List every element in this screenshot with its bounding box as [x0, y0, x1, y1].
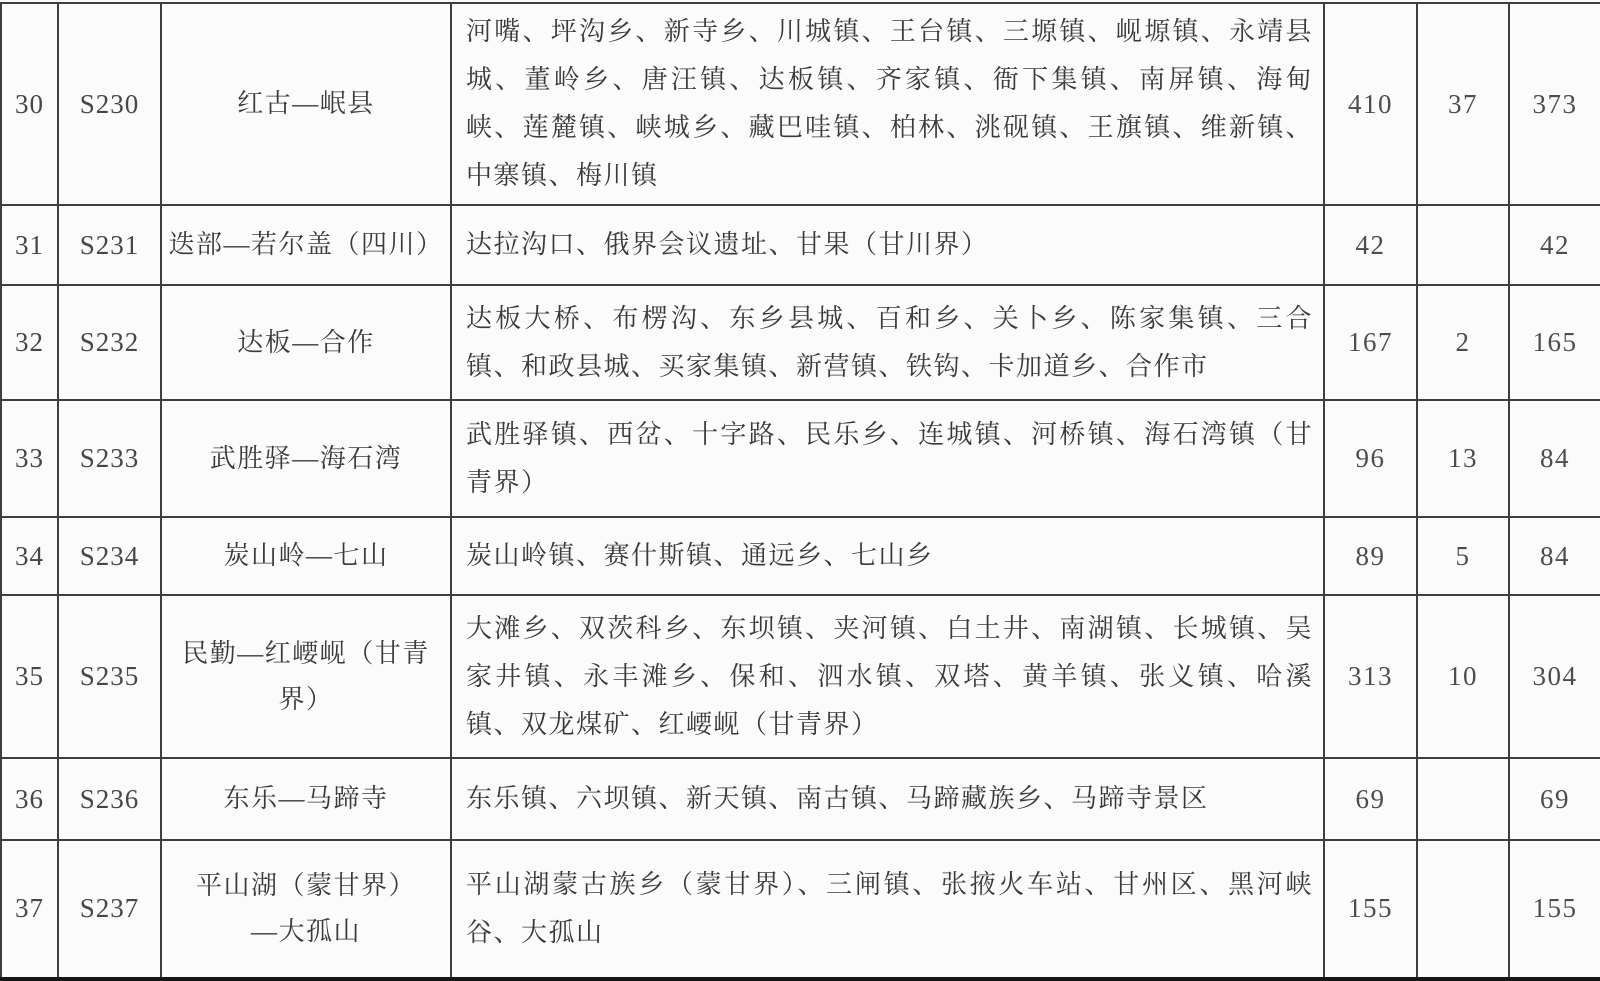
route-places-cell: 大滩乡、双茨科乡、东坝镇、夹河镇、白土井、南湖镇、长城镇、吴家井镇、永丰滩乡、保… [451, 595, 1324, 758]
road-code-cell: S237 [58, 840, 161, 980]
table-row: 37 S237 平山湖（蒙甘界） —大孤山 平山湖蒙古族乡（蒙甘界）、三闸镇、张… [1, 840, 1600, 980]
road-code-cell: S234 [58, 517, 161, 595]
road-name-cell: 东乐—马蹄寺 [161, 758, 451, 840]
road-name-cell: 迭部—若尔盖（四川） [161, 205, 451, 285]
road-name-cell: 平山湖（蒙甘界） —大孤山 [161, 840, 451, 980]
value1-cell: 42 [1324, 205, 1417, 285]
value2-cell [1417, 840, 1509, 980]
value3-cell: 84 [1509, 517, 1600, 595]
table-row: 35 S235 民勤—红崾岘（甘青界） 大滩乡、双茨科乡、东坝镇、夹河镇、白土井… [1, 595, 1600, 758]
road-name-cell: 达板—合作 [161, 285, 451, 400]
value3-cell: 42 [1509, 205, 1600, 285]
route-places-cell: 达拉沟口、俄界会议遗址、甘果（甘川界） [451, 205, 1324, 285]
row-number-cell: 32 [1, 285, 58, 400]
table-row: 31 S231 迭部—若尔盖（四川） 达拉沟口、俄界会议遗址、甘果（甘川界） 4… [1, 205, 1600, 285]
value1-cell: 69 [1324, 758, 1417, 840]
route-places-cell: 达板大桥、布楞沟、东乡县城、百和乡、关卜乡、陈家集镇、三合镇、和政县城、买家集镇… [451, 285, 1324, 400]
route-places-cell: 炭山岭镇、赛什斯镇、通远乡、七山乡 [451, 517, 1324, 595]
value2-cell: 37 [1417, 3, 1509, 205]
row-number-cell: 36 [1, 758, 58, 840]
row-number-cell: 31 [1, 205, 58, 285]
table-row: 30 S230 红古—岷县 河嘴、坪沟乡、新寺乡、川城镇、王台镇、三塬镇、岘塬镇… [1, 3, 1600, 205]
route-places-cell: 武胜驿镇、西岔、十字路、民乐乡、连城镇、河桥镇、海石湾镇（甘青界） [451, 400, 1324, 517]
value3-cell: 155 [1509, 840, 1600, 980]
value3-cell: 69 [1509, 758, 1600, 840]
value2-cell: 13 [1417, 400, 1509, 517]
value1-cell: 167 [1324, 285, 1417, 400]
road-code-cell: S232 [58, 285, 161, 400]
scanned-document-page: 30 S230 红古—岷县 河嘴、坪沟乡、新寺乡、川城镇、王台镇、三塬镇、岘塬镇… [0, 0, 1600, 981]
route-places-cell: 河嘴、坪沟乡、新寺乡、川城镇、王台镇、三塬镇、岘塬镇、永靖县城、董岭乡、唐汪镇、… [451, 3, 1324, 205]
table-row: 33 S233 武胜驿—海石湾 武胜驿镇、西岔、十字路、民乐乡、连城镇、河桥镇、… [1, 400, 1600, 517]
value3-cell: 84 [1509, 400, 1600, 517]
route-places-cell: 东乐镇、六坝镇、新天镇、南古镇、马蹄藏族乡、马蹄寺景区 [451, 758, 1324, 840]
table-row: 36 S236 东乐—马蹄寺 东乐镇、六坝镇、新天镇、南古镇、马蹄藏族乡、马蹄寺… [1, 758, 1600, 840]
row-number-cell: 37 [1, 840, 58, 980]
road-name-cell: 武胜驿—海石湾 [161, 400, 451, 517]
road-code-cell: S235 [58, 595, 161, 758]
value1-cell: 96 [1324, 400, 1417, 517]
value1-cell: 410 [1324, 3, 1417, 205]
road-code-cell: S233 [58, 400, 161, 517]
value2-cell: 5 [1417, 517, 1509, 595]
road-code-cell: S231 [58, 205, 161, 285]
value2-cell [1417, 758, 1509, 840]
route-places-cell: 平山湖蒙古族乡（蒙甘界）、三闸镇、张掖火车站、甘州区、黑河峡谷、大孤山 [451, 840, 1324, 980]
value2-cell: 10 [1417, 595, 1509, 758]
road-name-cell: 民勤—红崾岘（甘青界） [161, 595, 451, 758]
table-row: 34 S234 炭山岭—七山 炭山岭镇、赛什斯镇、通远乡、七山乡 89 5 84 [1, 517, 1600, 595]
value1-cell: 155 [1324, 840, 1417, 980]
value2-cell: 2 [1417, 285, 1509, 400]
value1-cell: 89 [1324, 517, 1417, 595]
road-code-cell: S230 [58, 3, 161, 205]
row-number-cell: 34 [1, 517, 58, 595]
value3-cell: 373 [1509, 3, 1600, 205]
row-number-cell: 35 [1, 595, 58, 758]
value2-cell [1417, 205, 1509, 285]
road-name-cell: 炭山岭—七山 [161, 517, 451, 595]
road-code-cell: S236 [58, 758, 161, 840]
highway-table: 30 S230 红古—岷县 河嘴、坪沟乡、新寺乡、川城镇、王台镇、三塬镇、岘塬镇… [0, 2, 1600, 981]
road-name-cell: 红古—岷县 [161, 3, 451, 205]
row-number-cell: 30 [1, 3, 58, 205]
value3-cell: 304 [1509, 595, 1600, 758]
value3-cell: 165 [1509, 285, 1600, 400]
value1-cell: 313 [1324, 595, 1417, 758]
row-number-cell: 33 [1, 400, 58, 517]
table-row: 32 S232 达板—合作 达板大桥、布楞沟、东乡县城、百和乡、关卜乡、陈家集镇… [1, 285, 1600, 400]
